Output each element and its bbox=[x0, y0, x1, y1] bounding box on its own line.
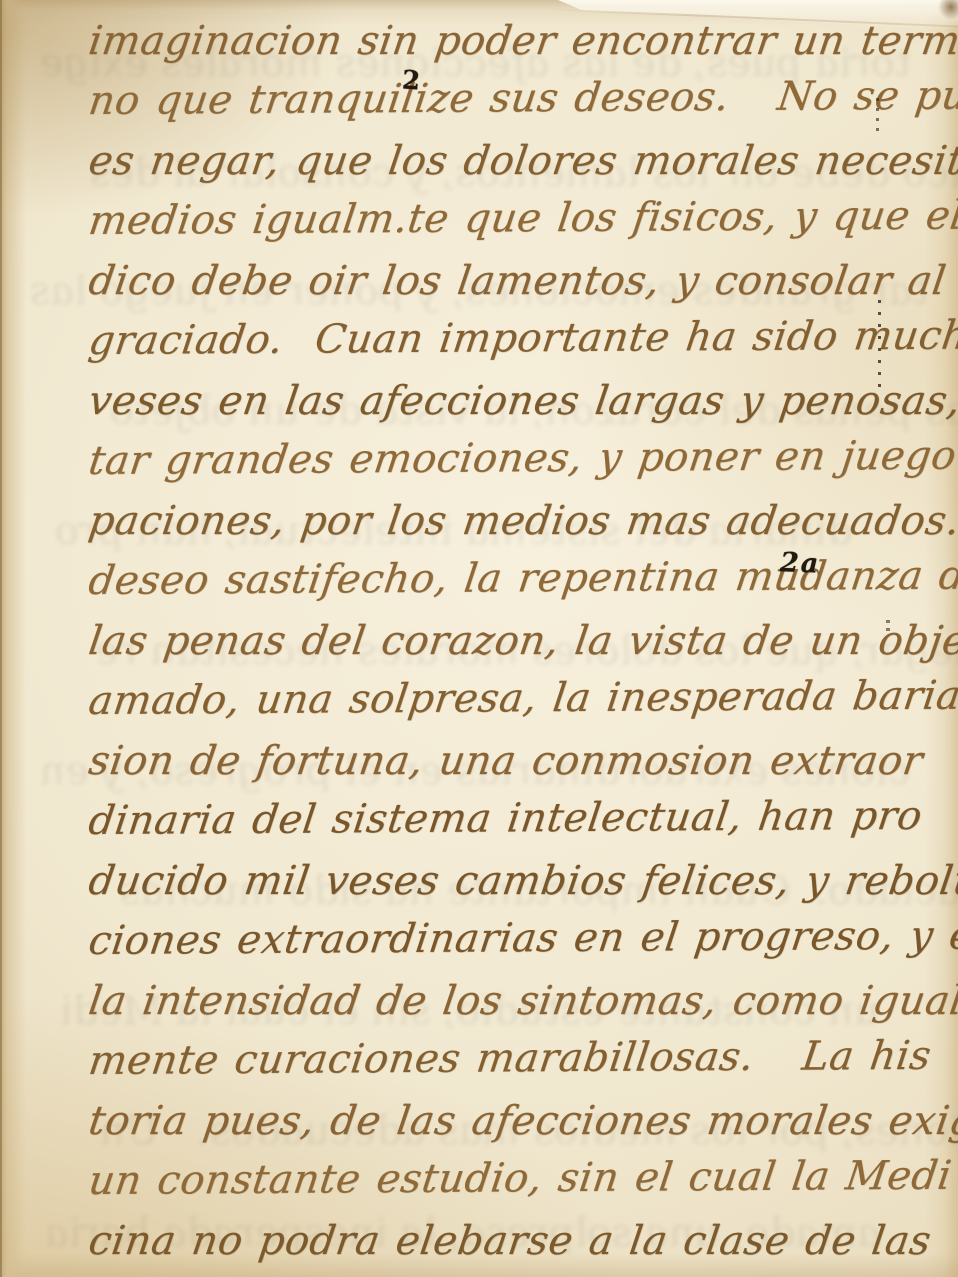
manuscript-page: toria pues, de las afecciones morales ex… bbox=[0, 0, 958, 1277]
manuscript-line: las penas del corazon, la vista de un ob… bbox=[85, 612, 927, 672]
manuscript-line: tar grandes emociones, y poner en juego … bbox=[85, 427, 928, 492]
manuscript-line: dinaria del sistema intelectual, han pro bbox=[85, 787, 928, 852]
manuscript-line: sion de fortuna, una conmosion extraor bbox=[85, 732, 927, 792]
manuscript-line: medios igualm.te que los fisicos, y que … bbox=[85, 187, 928, 252]
manuscript-line: paciones, por los medios mas adecuados. … bbox=[85, 492, 927, 552]
manuscript-line: toria pues, de las afecciones morales ex… bbox=[85, 1092, 927, 1152]
manuscript-line: ciones extraordinarias en el progreso, y… bbox=[85, 907, 928, 972]
manuscript-line: veses en las afecciones largas y penosas… bbox=[85, 372, 927, 432]
page-number-mark: 2 bbox=[401, 65, 421, 96]
manuscript-line: un constante estudio, sin el cual la Med… bbox=[85, 1147, 928, 1212]
manuscript-line: es negar, que los dolores morales necesi… bbox=[85, 132, 927, 192]
manuscript-line: la intensidad de los sintomas, como igua… bbox=[85, 972, 927, 1032]
manuscript-line: no que tranquilize sus deseos. No se pue… bbox=[85, 67, 928, 132]
foliation-mark: 2a bbox=[779, 547, 820, 579]
manuscript-line: graciado. Cuan importante ha sido muchas bbox=[85, 307, 928, 372]
manuscript-line: amado, una solpresa, la inesperada baria bbox=[85, 667, 928, 732]
manuscript-line: ducido mil veses cambios felices, y rebo… bbox=[85, 852, 927, 912]
manuscript-text-block: imaginacion sin poder encontrar un termi… bbox=[0, 0, 958, 1272]
manuscript-line: dico debe oir los lamentos, y consolar a… bbox=[85, 252, 927, 312]
manuscript-line: cina no podra elebarse a la clase de las bbox=[85, 1212, 927, 1272]
manuscript-line: mente curaciones marabillosas. La his bbox=[85, 1027, 928, 1092]
manuscript-line: imaginacion sin poder encontrar un termi bbox=[85, 12, 927, 72]
